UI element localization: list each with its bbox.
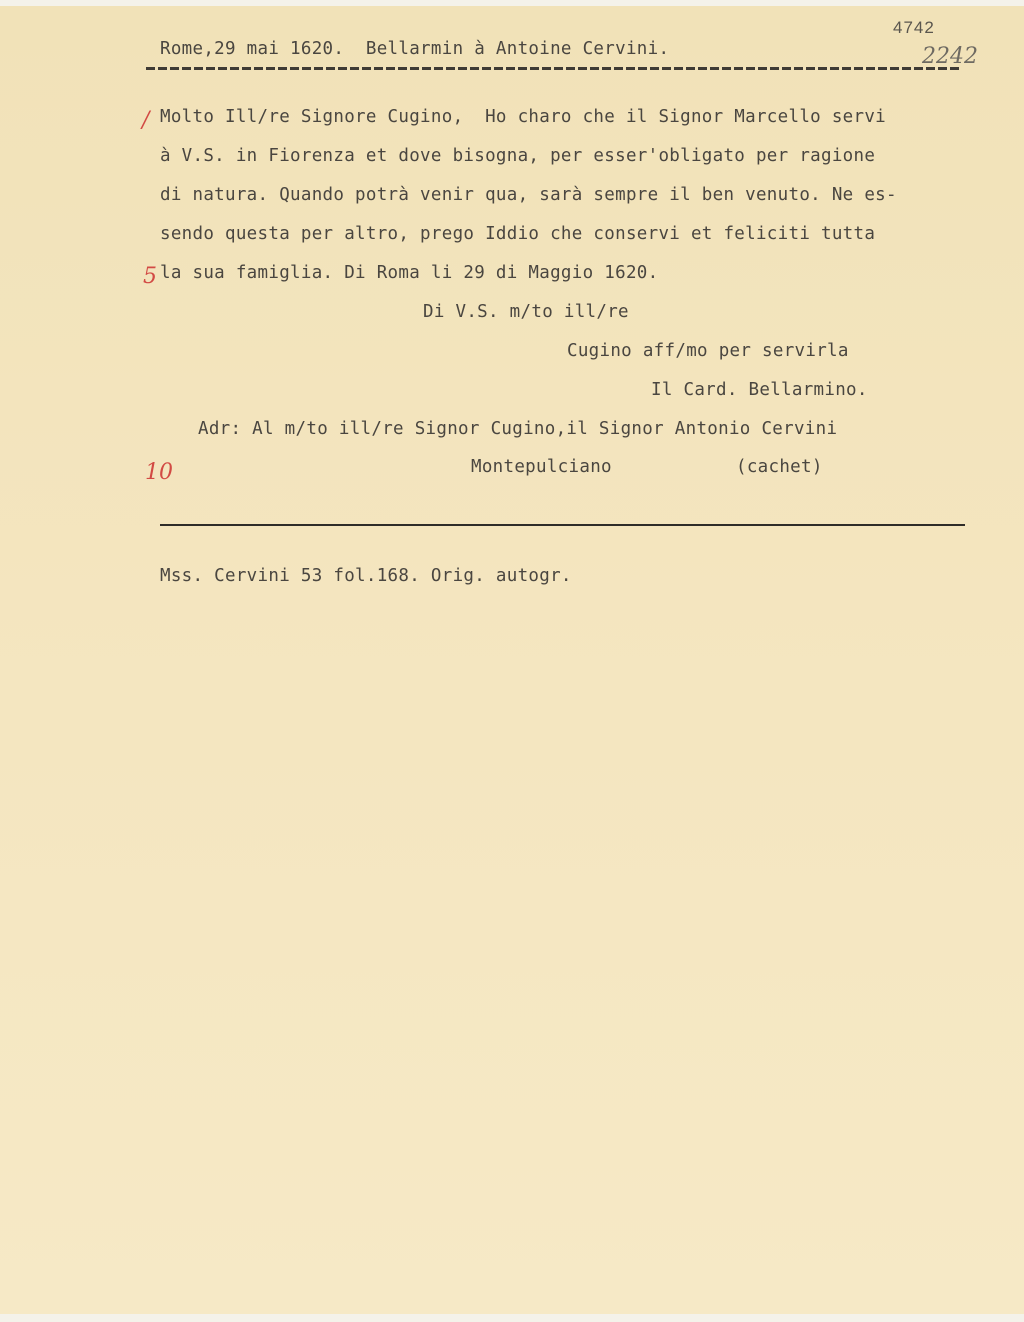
body-line-2: à V.S. in Fiorenza et dove bisogna, per …: [160, 146, 875, 166]
body-line-4: sendo questa per altro, prego Iddio che …: [160, 224, 875, 244]
letter-header: Rome,29 mai 1620. Bellarmin à Antoine Ce…: [160, 39, 669, 59]
margin-mark-line-10: 10: [145, 460, 173, 485]
footer-rule: [160, 524, 965, 526]
body-line-5: la sua famiglia. Di Roma li 29 di Maggio…: [160, 263, 658, 283]
seal-note: (cachet): [736, 457, 823, 477]
address-city: Montepulciano: [471, 457, 612, 477]
closing-salutation: Di V.S. m/to ill/re: [423, 302, 629, 322]
scanned-page: 4742 2242 Rome,29 mai 1620. Bellarmin à …: [0, 6, 1024, 1314]
signature: Il Card. Bellarmino.: [651, 380, 868, 400]
source-citation: Mss. Cervini 53 fol.168. Orig. autogr.: [160, 566, 572, 586]
body-line-3: di natura. Quando potrà venir qua, sarà …: [160, 185, 897, 205]
body-line-1: Molto Ill/re Signore Cugino, Ho charo ch…: [160, 107, 886, 127]
handwritten-number: 2242: [922, 44, 978, 69]
margin-mark-line-5: 5: [143, 264, 157, 289]
closing-relation: Cugino aff/mo per servirla: [567, 341, 849, 361]
margin-mark-line-1: /: [142, 108, 149, 133]
address-line: Adr: Al m/to ill/re Signor Cugino,il Sig…: [198, 419, 837, 439]
archive-number: 4742: [893, 18, 935, 38]
header-dashed-rule: [146, 67, 962, 70]
